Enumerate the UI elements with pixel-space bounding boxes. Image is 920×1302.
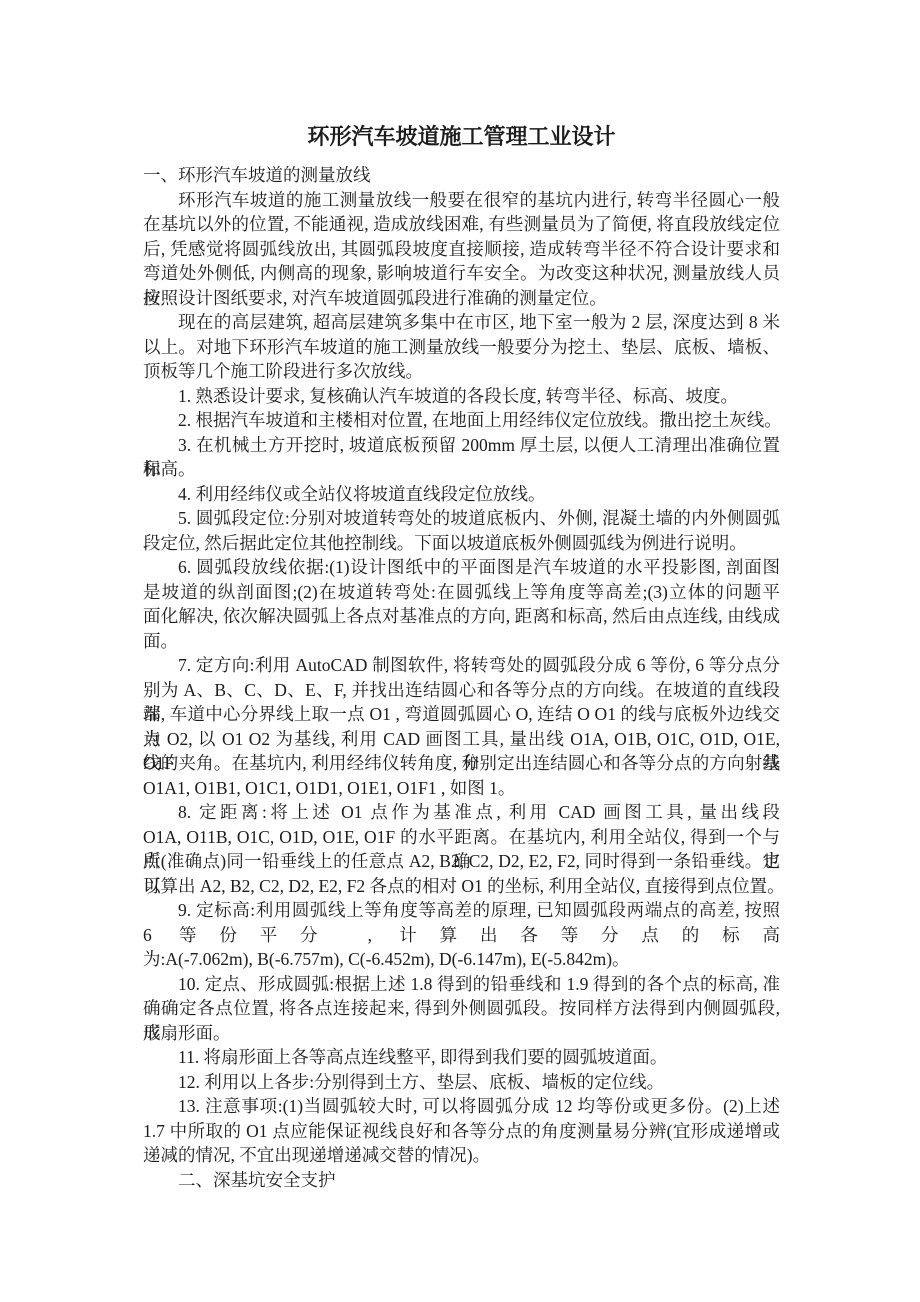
document-line: 别为 A、B、C、D、E、F, 并找出连结圆心和各等分点的方向线。在坡道的直线段… xyxy=(143,678,780,703)
document-line: 12. 利用以上各步:分别得到土方、垫层、底板、墙板的定位线。 xyxy=(143,1070,780,1095)
document-line: 以算出 A2, B2, C2, D2, E2, F2 各点的相对 O1 的坐标,… xyxy=(143,874,780,899)
document-line: 为:A(-7.062m), B(-6.757m), C(-6.452m), D(… xyxy=(143,947,780,972)
document-line: 3. 在机械土方开挖时, 坡道底板预留 200mm 厚土层, 以便人工清理出准确… xyxy=(143,433,780,458)
document-line: 6 等份平分 , 计算出各等分点的标高 xyxy=(143,923,780,948)
document-line: 2. 根据汽车坡道和主楼相对位置, 在地面上用经纬仪定位放线。撒出挖土灰线。 xyxy=(143,408,780,433)
document-line: 7. 定方向:利用 AutoCAD 制图软件, 将转弯处的圆弧段分成 6 等份,… xyxy=(143,653,780,678)
page-background: { "document": { "title": "环形汽车坡道施工管理工业设计… xyxy=(0,0,920,1302)
document-line: 为 O2, 以 O1 O2 为基线, 利用 CAD 画图工具, 量出线 O1A,… xyxy=(143,727,780,752)
document-line: 8. 定距离:将上述 O1 点作为基准点, 利用 CAD 画图工具, 量出线段 xyxy=(143,800,780,825)
document-line: 递减的情况, 不宜出现递增递减交替的情况)。 xyxy=(143,1143,780,1168)
document-line: 1.7 中所取的 O1 点应能保证视线良好和各等分点的角度测量易分辨(宜形成递增… xyxy=(143,1119,780,1144)
document-line: 点(准确点)同一铅垂线上的任意点 A2, B2, C2, D2, E2, F2,… xyxy=(143,849,780,874)
document-title: 环形汽车坡道施工管理工业设计 xyxy=(143,122,780,152)
document-line: O1A1, O1B1, O1C1, O1D1, O1E1, O1F1 , 如图 … xyxy=(143,776,780,801)
document-line: 面化解决, 依次解决圆弧上各点对基准点的方向, 距离和标高, 然后由点连线, 由… xyxy=(143,604,780,629)
document-line: 成扇形面。 xyxy=(143,1021,780,1046)
document-page: 环形汽车坡道施工管理工业设计 一、环形汽车坡道的测量放线环形汽车坡道的施工测量放… xyxy=(143,122,780,1192)
document-line: 按照设计图纸要求, 对汽车坡道圆弧段进行准确的测量定位。 xyxy=(143,286,780,311)
document-line: 是坡道的纵剖面图;(2)在坡道转弯处:在圆弧线上等角度等高差;(3)立体的问题平 xyxy=(143,580,780,605)
document-line: 以上。对地下环形汽车坡道的施工测量放线一般要分为挖土、垫层、底板、墙板、 xyxy=(143,335,780,360)
document-line: O1A, O11B, O1C, O1D, O1E, O1F 的水平距离。在基坑内… xyxy=(143,825,780,850)
document-line: 一、环形汽车坡道的测量放线 xyxy=(143,163,780,188)
document-line: 1. 熟悉设计要求, 复核确认汽车坡道的各段长度, 转弯半径、标高、坡度。 xyxy=(143,384,780,409)
document-line: 13. 注意事项:(1)当圆弧较大时, 可以将圆弧分成 12 均等份或更多份。(… xyxy=(143,1094,780,1119)
document-line: 顶板等几个施工阶段进行多次放线。 xyxy=(143,359,780,384)
document-line: 标高。 xyxy=(143,457,780,482)
document-line: 段定位, 然后据此定位其他控制线。下面以坡道底板外侧圆弧线为例进行说明。 xyxy=(143,531,780,556)
document-body: 一、环形汽车坡道的测量放线环形汽车坡道的施工测量放线一般要在很窄的基坑内进行, … xyxy=(143,163,780,1192)
document-line: 确确定各点位置, 将各点连接起来, 得到外侧圆弧段。按同样方法得到内侧圆弧段, … xyxy=(143,996,780,1021)
document-line: 线的夹角。在基坑内, 利用经纬仪转角度, 分别定出连结圆心和各等分点的方向射线 xyxy=(143,751,780,776)
document-line: 在基坑以外的位置, 不能通视, 造成放线困难, 有些测量员为了简便, 将直段放线… xyxy=(143,212,780,237)
document-line: 5. 圆弧段定位:分别对坡道转弯处的坡道底板内、外侧, 混凝土墙的内外侧圆弧 xyxy=(143,506,780,531)
document-line: 部, 车道中心分界线上取一点 O1 , 弯道圆弧圆心 O, 连结 O O1 的线… xyxy=(143,702,780,727)
document-line: 二、深基坑安全支护 xyxy=(143,1168,780,1193)
document-line: 后, 凭感觉将圆弧线放出, 其圆弧段坡度直接顺接, 造成转弯半径不符合设计要求和 xyxy=(143,237,780,262)
document-line: 9. 定标高:利用圆弧线上等角度等高差的原理, 已知圆弧段两端点的高差, 按照 xyxy=(143,898,780,923)
document-line: 4. 利用经纬仪或全站仪将坡道直线段定位放线。 xyxy=(143,482,780,507)
document-line: 弯道处外侧低, 内侧高的现象, 影响坡道行车安全。为改变这种状况, 测量放线人员… xyxy=(143,261,780,286)
document-line: 6. 圆弧段放线依据:(1)设计图纸中的平面图是汽车坡道的水平投影图, 剖面图 xyxy=(143,555,780,580)
document-line: 10. 定点、形成圆弧:根据上述 1.8 得到的铅垂线和 1.9 得到的各个点的… xyxy=(143,972,780,997)
document-line: 现在的高层建筑, 超高层建筑多集中在市区, 地下室一般为 2 层, 深度达到 8… xyxy=(143,310,780,335)
document-line: 11. 将扇形面上各等高点连线整平, 即得到我们要的圆弧坡道面。 xyxy=(143,1045,780,1070)
document-line: 环形汽车坡道的施工测量放线一般要在很窄的基坑内进行, 转弯半径圆心一般 xyxy=(143,188,780,213)
document-line: 面。 xyxy=(143,629,780,654)
